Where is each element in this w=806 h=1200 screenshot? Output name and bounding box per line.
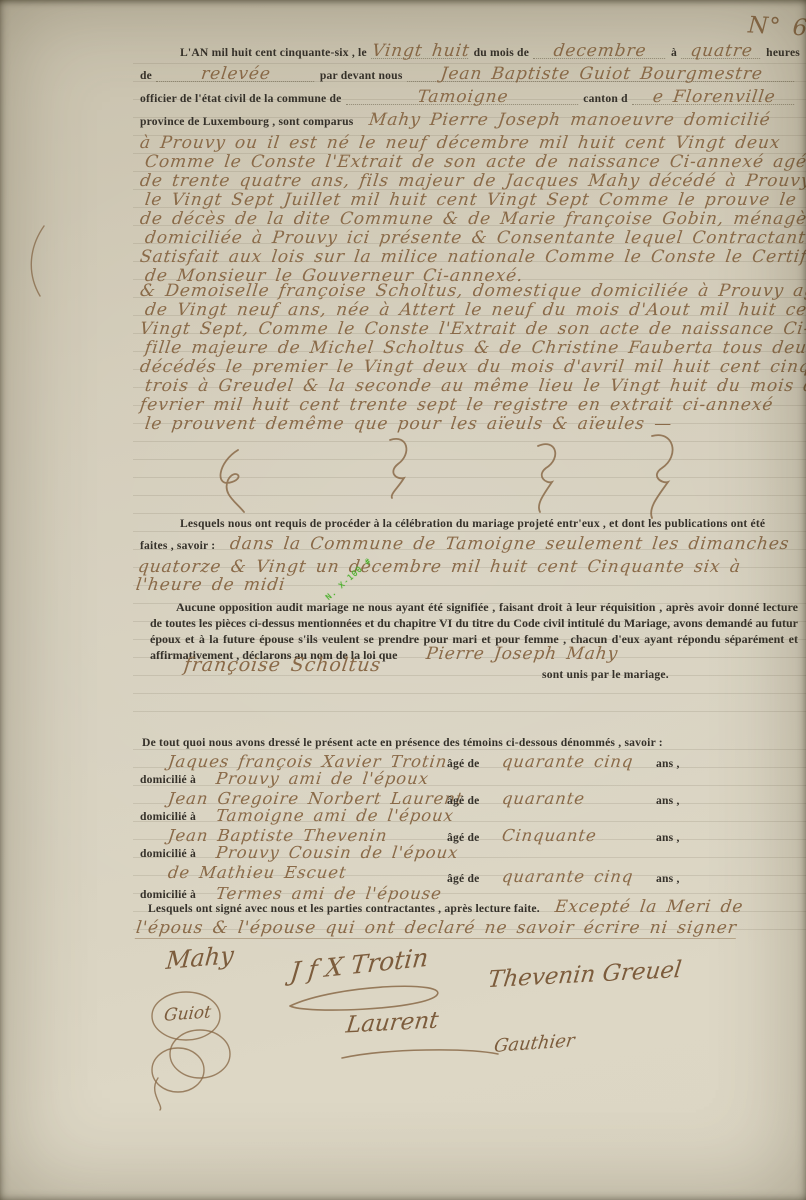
closing-printed: Lesquels ont signé avec nous et les part… xyxy=(140,902,540,915)
witness-residence: Prouvy Cousin de l'époux xyxy=(215,843,460,862)
witness-age: quarante cinq xyxy=(501,752,635,771)
handwritten-line: Comme le Conste l'Extrait de son acte de… xyxy=(144,153,806,172)
printed-text: du mois de xyxy=(474,46,529,59)
handwritten-line: le prouvent demême que pour les aïeuls &… xyxy=(144,415,673,434)
signature-guiot: Guiot xyxy=(163,1002,212,1025)
handwritten-day: Vingt huit xyxy=(371,44,470,59)
signature-thevenin: Thevenin Greuel xyxy=(487,957,683,993)
groom-paragraph: à Prouvy ou il est né le neuf décembre m… xyxy=(140,134,806,286)
declaration-printed-end: sont unis par le mariage. xyxy=(542,668,669,681)
handwritten-line: trois à Greudel & la seconde au même lie… xyxy=(144,377,806,396)
signature-guiot-paraph xyxy=(134,982,274,1112)
handwritten-line: à Prouvy ou il est né le neuf décembre m… xyxy=(139,134,782,153)
marriage-act-page: N° 6 L'AN mil huit cent cinquante-six , … xyxy=(0,0,806,1200)
witness-residence: Prouvy ami de l'époux xyxy=(215,769,430,788)
handwritten-relevee: relevée xyxy=(156,67,316,82)
age-label: âgé de xyxy=(447,757,479,770)
domicile-label: domicilié à xyxy=(140,810,196,823)
handwritten-canton: e Florenville xyxy=(632,90,796,105)
handwritten-groom-intro: Mahy Pierre Joseph manoeuvre domicilié xyxy=(358,113,796,127)
page-number-note: N° 6 xyxy=(747,12,806,41)
bride-paragraph: & Demoiselle françoise Scholtus, domesti… xyxy=(140,282,806,434)
age-label: âgé de xyxy=(447,872,479,885)
handwritten-line: de Vingt neuf ans, née à Attert le neuf … xyxy=(144,301,806,320)
handwritten-line: domiciliée à Prouvy ici présente & Conse… xyxy=(144,229,806,248)
ans-label: ans , xyxy=(656,757,680,770)
witness-name: de Mathieu Escuet xyxy=(167,863,348,882)
signature-trotin: J f X Trotin xyxy=(289,943,430,987)
ans-label: ans , xyxy=(656,872,680,885)
witnesses-intro: De tout quoi nous avons dressé le présen… xyxy=(142,736,663,749)
printed-text: heures xyxy=(766,46,800,59)
margin-ink-mark xyxy=(14,222,74,302)
signature-gauthier: Gauthier xyxy=(493,1030,576,1057)
printed-text: officier de l'état civil de la commune d… xyxy=(140,92,342,105)
handwritten-line: fille majeure de Michel Scholtus & de Ch… xyxy=(144,339,806,358)
witness-row: Jean Baptiste Thevenin âgé de Cinquante … xyxy=(140,826,806,862)
handwritten-commune: Tamoigne xyxy=(346,90,580,105)
printed-text: faites , savoir : xyxy=(140,539,215,552)
witness-row: de Mathieu Escuet âgé de quarante cinq a… xyxy=(140,863,806,899)
handwritten-publications: quatorze & Vingt un decembre mil huit ce… xyxy=(137,557,742,577)
ans-label: ans , xyxy=(656,831,680,844)
printed-text: canton d xyxy=(583,92,627,105)
witness-row: Jean Gregoire Norbert Laurent âgé de qua… xyxy=(140,789,806,825)
printed-text: province de Luxembourg , sont comparus xyxy=(140,115,354,128)
witness-age: quarante xyxy=(501,789,586,808)
printed-text: à xyxy=(671,46,677,59)
signature-laurent: Laurent xyxy=(344,1007,440,1038)
handwritten-publications: dans la Commune de Tamoigne seulement le… xyxy=(219,537,795,551)
ans-label: ans , xyxy=(656,794,680,807)
witness-age: Cinquante xyxy=(501,826,598,845)
handwritten-publications: l'heure de midi xyxy=(135,575,287,595)
witness-row: Jaques françois Xavier Trotin âgé de qua… xyxy=(140,752,806,788)
signature-laurent-flourish xyxy=(338,1046,508,1066)
printed-text: L'AN mil huit cent cinquante-six , le xyxy=(140,46,367,59)
handwritten-line: décédés le premier le Vingt deux du mois… xyxy=(139,358,806,377)
domicile-label: domicilié à xyxy=(140,773,196,786)
handwritten-month: decembre xyxy=(533,44,667,59)
printed-text: de xyxy=(140,69,152,82)
handwritten-groom-name: Pierre Joseph Mahy xyxy=(399,647,619,663)
handwritten-officer-name: Jean Baptiste Guiot Bourgmestre xyxy=(407,67,796,82)
handwritten-bride-name: françoise Scholtus xyxy=(183,654,383,676)
handwritten-line: & Demoiselle françoise Scholtus, domesti… xyxy=(139,282,806,301)
handwritten-line: fevrier mil huit cent trente sept le reg… xyxy=(139,396,775,415)
handwritten-line: de trente quatre ans, fils majeur de Jac… xyxy=(139,172,806,191)
witness-age: quarante cinq xyxy=(501,867,635,886)
handwritten-line: le Vingt Sept Juillet mil huit cent Ving… xyxy=(144,191,806,210)
handwritten-hour: quatre xyxy=(681,44,762,59)
printed-text: par devant nous xyxy=(320,69,403,82)
handwritten-line: Satisfait aux lois sur la milice nationa… xyxy=(139,248,806,267)
signature-mahy: Mahy xyxy=(165,941,235,975)
domicile-label: domicilié à xyxy=(140,847,196,860)
publications-printed-1: Lesquels nous ont requis de procéder à l… xyxy=(180,517,765,530)
handwritten-exception: l'épous & l'épouse qui ont declaré ne sa… xyxy=(135,918,738,939)
witness-residence: Tamoigne ami de l'époux xyxy=(215,806,455,825)
handwritten-line: de décès de la dite Commune & de Marie f… xyxy=(139,210,806,229)
ink-flourishes xyxy=(200,432,700,524)
handwritten-exception: Excepté la Meri de xyxy=(544,900,796,914)
handwritten-line: Vingt Sept, Comme le Conste l'Extrait de… xyxy=(139,320,806,339)
